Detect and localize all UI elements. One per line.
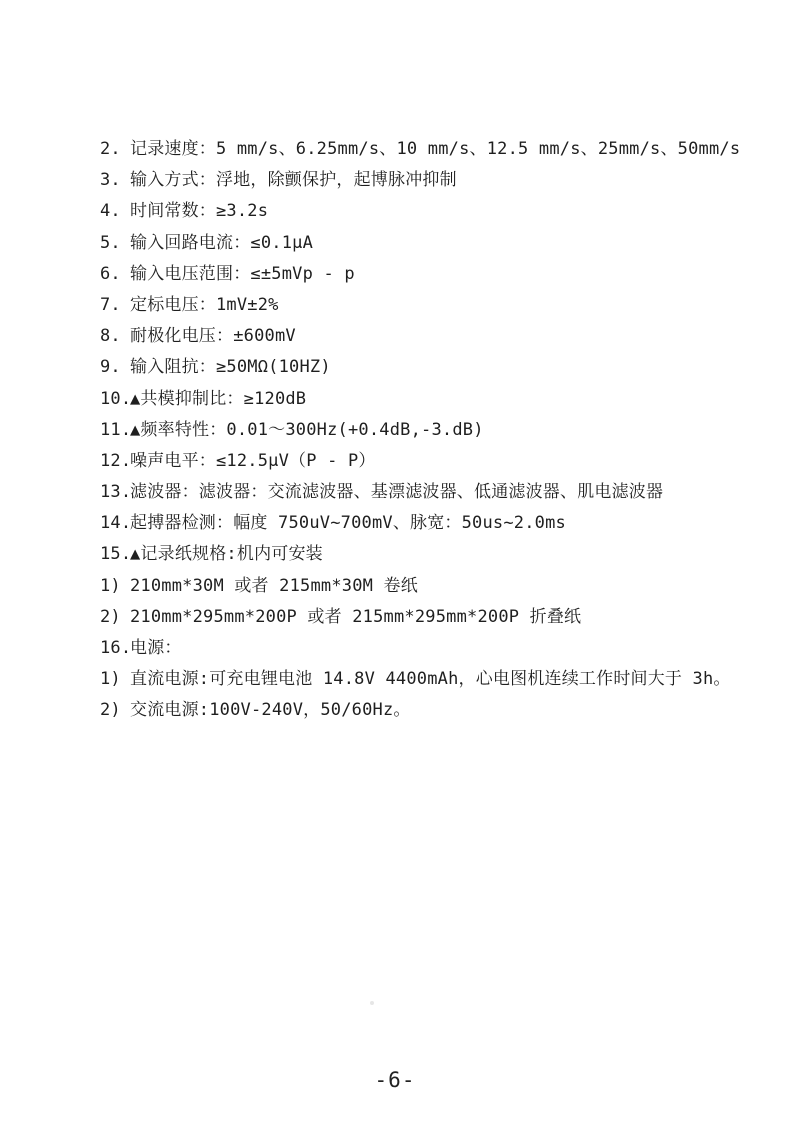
item-text: 耐极化电压：±600mV — [130, 321, 720, 352]
item-text: 记录速度：5 mm/s、6.25mm/s、10 mm/s、12.5 mm/s、2… — [130, 134, 740, 165]
item-text: ▲记录纸规格:机内可安装 — [130, 539, 720, 570]
spec-list-item: 5. 输入回路电流：≤0.1μA — [100, 228, 720, 259]
item-number: 8. — [100, 321, 130, 352]
item-number: 15. — [100, 539, 130, 570]
item-number: 12. — [100, 446, 130, 477]
spec-list-item: 15. ▲记录纸规格:机内可安装 — [100, 539, 720, 570]
item-text: 直流电源:可充电锂电池 14.8V 4400mAh，心电图机连续工作时间大于 3… — [130, 664, 731, 695]
item-text: 滤波器：滤波器：交流滤波器、基漂滤波器、低通滤波器、肌电滤波器 — [130, 477, 720, 508]
item-text: 噪声电平：≤12.5μV（P - P） — [130, 446, 720, 477]
item-number: 3. — [100, 165, 130, 196]
item-text: ▲共模抑制比：≥120dB — [130, 384, 720, 415]
item-number: 11. — [100, 415, 130, 446]
spec-list-item: 14. 起搏器检测：幅度 750uV~700mV、脉宽：50us~2.0ms — [100, 508, 720, 539]
item-text: 电源： — [130, 633, 720, 664]
spec-list-item: 2) 210mm*295mm*200P 或者 215mm*295mm*200P … — [100, 602, 720, 633]
item-number: 1) — [100, 571, 130, 602]
item-text: 输入阻抗：≥50MΩ(10HZ) — [130, 352, 720, 383]
spec-list-item: 16. 电源： — [100, 633, 720, 664]
item-text: 定标电压：1mV±2% — [130, 290, 720, 321]
spec-list-item: 7. 定标电压：1mV±2% — [100, 290, 720, 321]
item-number: 14. — [100, 508, 130, 539]
item-number: 13. — [100, 477, 130, 508]
item-text: 交流电源:100V-240V，50/60Hz。 — [130, 695, 720, 726]
spec-list-item: 10. ▲共模抑制比：≥120dB — [100, 384, 720, 415]
spec-list-item: 6. 输入电压范围：≤±5mVp - p — [100, 259, 720, 290]
item-number: 10. — [100, 384, 130, 415]
item-number: 4. — [100, 196, 130, 227]
scan-speck — [370, 1001, 374, 1005]
spec-list-item: 11. ▲频率特性：0.01～300Hz(+0.4dB,-3.dB) — [100, 415, 720, 446]
document-page: 2. 记录速度：5 mm/s、6.25mm/s、10 mm/s、12.5 mm/… — [0, 0, 790, 1121]
item-number: 1) — [100, 664, 130, 695]
spec-list-item: 4. 时间常数：≥3.2s — [100, 196, 720, 227]
item-number: 6. — [100, 259, 130, 290]
spec-list-item: 1) 210mm*30M 或者 215mm*30M 卷纸 — [100, 571, 720, 602]
spec-list-item: 2. 记录速度：5 mm/s、6.25mm/s、10 mm/s、12.5 mm/… — [100, 134, 720, 165]
item-text: ▲频率特性：0.01～300Hz(+0.4dB,-3.dB) — [130, 415, 720, 446]
item-text: 210mm*295mm*200P 或者 215mm*295mm*200P 折叠纸 — [130, 602, 720, 633]
item-number: 5. — [100, 228, 130, 259]
spec-list-item: 13. 滤波器：滤波器：交流滤波器、基漂滤波器、低通滤波器、肌电滤波器 — [100, 477, 720, 508]
item-text: 输入回路电流：≤0.1μA — [130, 228, 720, 259]
item-text: 输入方式：浮地，除颤保护，起博脉冲抑制 — [130, 165, 720, 196]
item-text: 210mm*30M 或者 215mm*30M 卷纸 — [130, 571, 720, 602]
item-text: 时间常数：≥3.2s — [130, 196, 720, 227]
item-number: 16. — [100, 633, 130, 664]
spec-list: 2. 记录速度：5 mm/s、6.25mm/s、10 mm/s、12.5 mm/… — [100, 134, 720, 727]
spec-list-item: 9. 输入阻抗：≥50MΩ(10HZ) — [100, 352, 720, 383]
item-number: 2. — [100, 134, 130, 165]
item-number: 2) — [100, 695, 130, 726]
spec-list-item: 3. 输入方式：浮地，除颤保护，起博脉冲抑制 — [100, 165, 720, 196]
item-text: 输入电压范围：≤±5mVp - p — [130, 259, 720, 290]
item-text: 起搏器检测：幅度 750uV~700mV、脉宽：50us~2.0ms — [130, 508, 720, 539]
spec-list-item: 1) 直流电源:可充电锂电池 14.8V 4400mAh，心电图机连续工作时间大… — [100, 664, 720, 695]
spec-list-item: 8. 耐极化电压：±600mV — [100, 321, 720, 352]
page-number: -6- — [0, 1068, 790, 1092]
item-number: 7. — [100, 290, 130, 321]
spec-list-item: 12. 噪声电平：≤12.5μV（P - P） — [100, 446, 720, 477]
spec-list-item: 2) 交流电源:100V-240V，50/60Hz。 — [100, 695, 720, 726]
item-number: 9. — [100, 352, 130, 383]
item-number: 2) — [100, 602, 130, 633]
